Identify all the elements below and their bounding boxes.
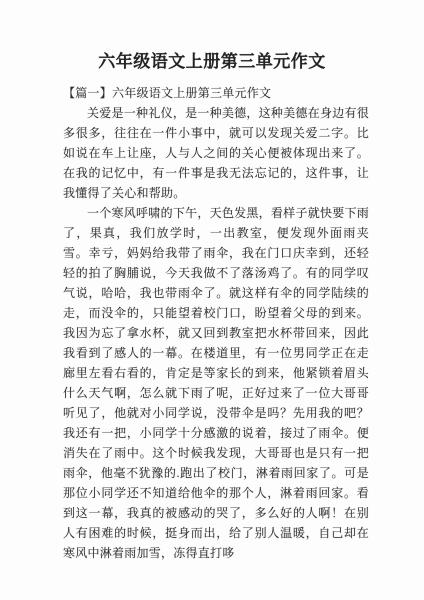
document-page: 六年级语文上册第三单元作文 【篇一】六年级语文上册第三单元作文 关爱是一种礼仪，…: [0, 0, 424, 600]
essay-paragraph-1: 关爱是一种礼仪，是一种美德，这种美德在身边有很多很多，往往在一件小事中，就可以发…: [63, 103, 369, 203]
page-title: 六年级语文上册第三单元作文: [0, 50, 424, 74]
document-body: 【篇一】六年级语文上册第三单元作文 关爱是一种礼仪，是一种美德，这种美德在身边有…: [63, 83, 369, 563]
essay-paragraph-2: 一个寒风呼啸的下午，天色发黑，看样子就快要下雨了，果真，我们放学时，一出教室，便…: [63, 203, 369, 563]
section-heading: 【篇一】六年级语文上册第三单元作文: [63, 83, 369, 103]
